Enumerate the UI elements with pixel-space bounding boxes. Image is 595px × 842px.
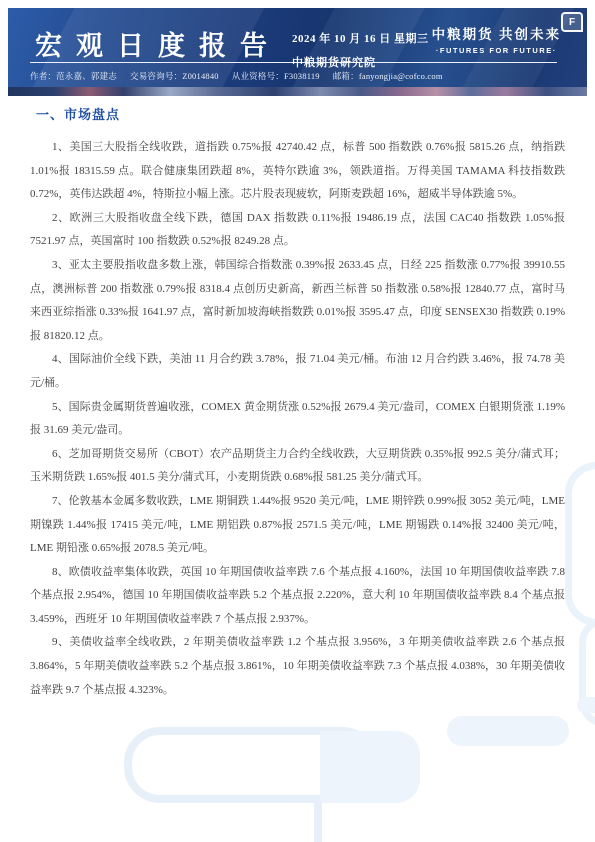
paragraph-cbot-agriculture: 6、芝加哥期货交易所（CBOT）农产品期货主力合约全线收跌，大豆期货跌 0.35… (30, 443, 565, 490)
watermark-outline-right-upper (565, 462, 595, 626)
header-photo-strip (8, 87, 587, 96)
watermark-fill-bottom (320, 731, 420, 803)
report-page: 宏观日度报告 2024 年 10 月 16 日 星期三 中粮期货研究院 中粮期货… (0, 0, 595, 842)
logo-letter: F (569, 17, 575, 28)
paragraph-oil: 4、国际油价全线下跌，美油 11 月合约跌 3.78%，报 71.04 美元/桶… (30, 348, 565, 395)
watermark-fill-edge (577, 697, 595, 713)
author-names: 作者：范永嘉、郭建志 (30, 71, 117, 81)
paragraph-lme-metals: 7、伦敦基本金属多数收跌，LME 期铜跌 1.44%报 9520 美元/吨，LM… (30, 490, 565, 561)
brand-name: 中粮期货 共创未来 (432, 23, 561, 43)
author-email: 邮箱：fanyongjia@cofco.com (333, 71, 443, 81)
header-meta: 2024 年 10 月 16 日 星期三 中粮期货研究院 (292, 30, 429, 70)
author-line: 作者：范永嘉、郭建志交易咨询号：Z0014840从业资格号：F3038119邮箱… (30, 70, 570, 82)
watermark-fill-top-right (447, 716, 569, 746)
brand-block: 中粮期货 共创未来 ·FUTURES FOR FUTURE· (432, 23, 561, 55)
section-title: 一、市场盘点 (36, 106, 565, 124)
report-date: 2024 年 10 月 16 日 星期三 (292, 30, 429, 46)
paragraph-euro-bonds: 8、欧债收益率集体收跌，英国 10 年期国债收益率跌 7.6 个基点报 4.16… (30, 561, 565, 632)
brand-tagline: ·FUTURES FOR FUTURE· (432, 46, 561, 55)
report-title: 宏观日度报告 (35, 24, 281, 63)
trading-consult-number: 交易咨询号：Z0014840 (130, 71, 219, 81)
paragraph-us-stocks: 1、美国三大股指全线收跌，道指跌 0.75%报 42740.42 点，标普 50… (30, 136, 565, 207)
cofco-logo-icon: F (561, 12, 583, 32)
paragraph-precious-metals: 5、国际贵金属期货普遍收涨，COMEX 黄金期货涨 0.52%报 2679.4 … (30, 396, 565, 443)
paragraph-europe-stocks: 2、欧洲三大股指收盘全线下跌，德国 DAX 指数跌 0.11%报 19486.1… (30, 207, 565, 254)
report-body: 一、市场盘点 1、美国三大股指全线收跌，道指跌 0.75%报 42740.42 … (30, 106, 565, 702)
report-header: 宏观日度报告 2024 年 10 月 16 日 星期三 中粮期货研究院 中粮期货… (8, 8, 587, 96)
practice-cert-number: 从业资格号：F3038119 (232, 71, 320, 81)
paragraph-us-bonds: 9、美债收益率全线收跌，2 年期美债收益率跌 1.2 个基点报 3.956%，3… (30, 631, 565, 702)
paragraph-asia-pacific-stocks: 3、亚太主要股指收盘多数上涨，韩国综合指数涨 0.39%报 2633.45 点，… (30, 254, 565, 348)
header-divider (30, 62, 557, 63)
watermark-bar-bottom (314, 799, 322, 842)
